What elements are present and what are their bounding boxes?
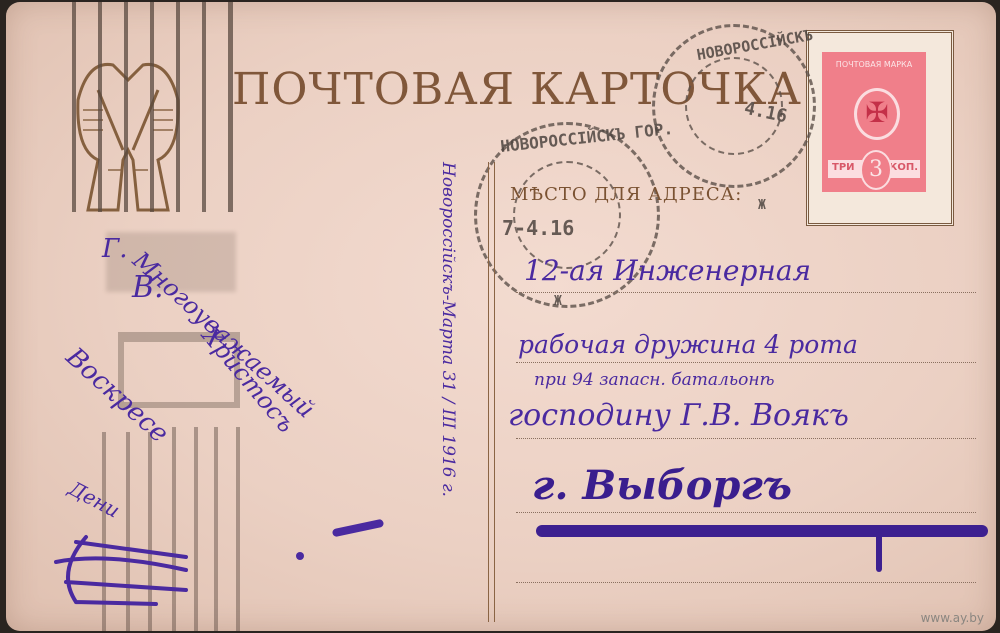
address-label: МѢСТО ДЛЯ АДРЕСА: (510, 184, 742, 205)
cancellation-bar (214, 427, 218, 631)
underline-stroke (536, 525, 988, 537)
postmark-1-series: Ж (758, 198, 766, 213)
message-initials-1: Г. (102, 234, 127, 264)
signature-flourish-icon (46, 532, 196, 612)
eagle-icon: ✠ (854, 88, 900, 140)
cancellation-bar (236, 427, 240, 631)
postcard: ПОЧТОВАЯ КАРТОЧКА. ПОЧТОВАЯ МАРКА ✠ ТРИ … (6, 2, 996, 631)
stamp-header: ПОЧТОВАЯ МАРКА (822, 60, 926, 69)
art-nouveau-emblem-icon (68, 40, 188, 216)
address-line-rule (516, 362, 976, 363)
ink-stroke (332, 519, 385, 538)
underline-tick (876, 532, 882, 572)
ink-dot (296, 552, 304, 560)
stamp-value-left: ТРИ (832, 162, 855, 173)
address-line-5: г. Выборгъ (532, 462, 792, 509)
cancellation-bar (124, 2, 128, 212)
cancellation-bar (202, 2, 206, 212)
address-line-rule (516, 438, 976, 439)
address-line-rule (516, 582, 976, 583)
cancellation-bar (72, 2, 76, 212)
postage-stamp: ПОЧТОВАЯ МАРКА ✠ ТРИ КОП. 3 (822, 52, 926, 192)
watermark: www.ay.by (921, 611, 984, 625)
vertical-note: Новороссійскъ-Марта 31 / III 1916 г. (438, 162, 458, 497)
cancellation-bar (98, 2, 102, 212)
address-line-4: господину Г.В. Воякъ (508, 398, 849, 433)
address-line-2: рабочая дружина 4 рота (518, 330, 858, 359)
postmark-2-date: 7-4.16 (502, 216, 574, 240)
postmark-2-series: Ж (554, 294, 562, 309)
message-sender: Дени (65, 476, 124, 523)
address-line-rule (516, 512, 976, 513)
address-line-1: 12-ая Инженерная (524, 254, 811, 287)
address-line-rule (516, 292, 976, 293)
stamp-value-right: КОП. (889, 162, 918, 173)
cancellation-bar (176, 2, 180, 212)
vertical-divider (488, 162, 495, 622)
address-line-3: при 94 запасн. батальонѣ (534, 370, 775, 390)
cancellation-bar (150, 2, 154, 212)
stamp-value-numeral: 3 (860, 150, 892, 190)
